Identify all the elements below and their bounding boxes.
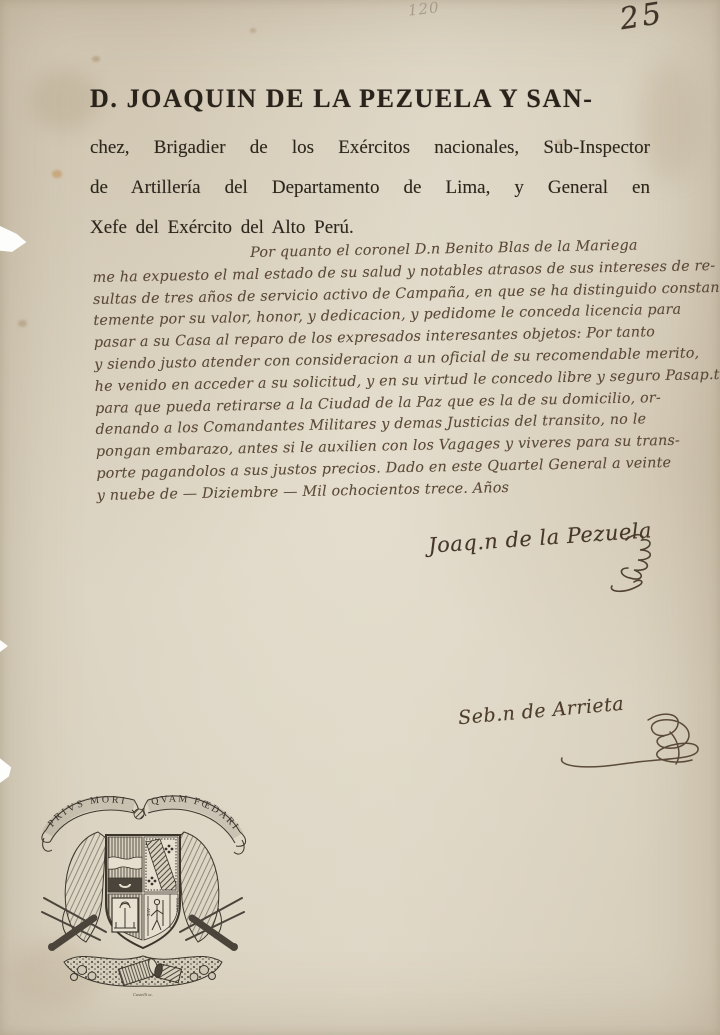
letterhead-line-1: D. JOAQUIN DE LA PEZUELA Y SAN- <box>90 84 650 114</box>
letterhead-line-3: de Artillería del Departamento de Lima, … <box>90 168 650 208</box>
primary-signature: Joaq.n de la Pezuela <box>428 520 653 557</box>
stain <box>18 320 27 327</box>
catalog-number: 25 <box>618 0 666 35</box>
manuscript-body: Por quanto el coronel D.n Benito Blas de… <box>92 235 677 508</box>
crest-bordure-ave: AVE <box>146 908 151 917</box>
crest-bordure-maria: MARIA <box>175 898 180 912</box>
paper-tear <box>0 226 30 252</box>
secondary-signature: Seb.n de Arrieta <box>457 695 624 728</box>
paper-tear <box>0 640 8 652</box>
stain <box>250 28 256 33</box>
pencil-number: 120 <box>407 0 440 18</box>
svg-text:PRIVS MORI: PRIVS MORI <box>46 794 128 829</box>
crest-motto-left: PRIVS MORI <box>46 794 128 829</box>
stain <box>52 170 62 178</box>
coat-of-arms: AVE MARIA PRIVS MORI QVAM FŒDARI <box>36 780 250 1010</box>
letterhead: D. JOAQUIN DE LA PEZUELA Y SAN- chez, Br… <box>90 84 650 248</box>
engraver-credit: Castelli sc. <box>133 992 153 997</box>
paper-tear <box>0 757 16 783</box>
document-scan: 120 25 D. JOAQUIN DE LA PEZUELA Y SAN- c… <box>0 0 720 1035</box>
letterhead-line-2: chez, Brigadier de los Exércitos naciona… <box>90 128 650 168</box>
stain <box>92 56 100 62</box>
